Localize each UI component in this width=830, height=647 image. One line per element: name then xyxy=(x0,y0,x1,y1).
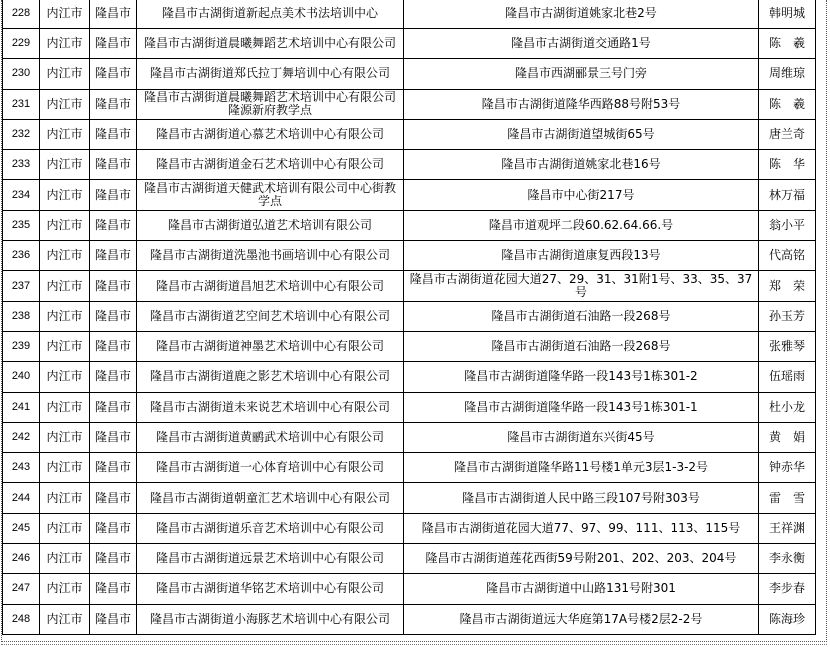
county: 隆昌市 xyxy=(95,218,131,232)
table-row: 242 内江市 隆昌市 隆昌市古湖街道黄鹂武术培训中心有限公司 隆昌市古湖街道东… xyxy=(3,422,816,452)
serial-number: 228 xyxy=(12,7,30,19)
contact-person: 李永衡 xyxy=(769,551,805,565)
address-cell[interactable]: 隆昌市古湖街道隆华路一段143号1栋301-2 xyxy=(404,362,759,392)
contact-person: 钟赤华 xyxy=(769,460,805,474)
address-cell[interactable]: 隆昌市古湖街道姚家北巷16号 xyxy=(404,150,759,180)
address-cell[interactable]: 隆昌市西湖郦景三号门旁 xyxy=(404,59,759,89)
county-cell[interactable]: 隆昌市 xyxy=(90,331,137,361)
table-row: 238 内江市 隆昌市 隆昌市古湖街道艺空间艺术培训中心有限公司 隆昌市古湖街道… xyxy=(3,301,816,331)
contact-person-cell[interactable]: 郑 荣 xyxy=(759,271,816,301)
contact-person-cell[interactable]: 林万福 xyxy=(759,180,816,210)
serial-number-cell[interactable]: 248 xyxy=(3,604,40,634)
address: 隆昌市古湖街道隆华路一段143号1栋301-1 xyxy=(464,400,697,414)
table-row: 248 内江市 隆昌市 隆昌市古湖街道小海豚艺术培训中心有限公司 隆昌市古湖街道… xyxy=(3,604,816,634)
serial-number-cell[interactable]: 228 xyxy=(3,0,40,29)
city-cell[interactable]: 内江市 xyxy=(40,483,90,513)
organization-cell[interactable]: 隆昌市古湖街道弘道艺术培训有限公司 xyxy=(137,210,404,240)
organization-cell[interactable]: 隆昌市古湖街道黄鹂武术培训中心有限公司 xyxy=(137,422,404,452)
serial-number-cell[interactable]: 234 xyxy=(3,180,40,210)
organization-name: 隆昌市古湖街道远景艺术培训中心有限公司 xyxy=(156,551,384,565)
table-row: 233 内江市 隆昌市 隆昌市古湖街道金石艺术培训中心有限公司 隆昌市古湖街道姚… xyxy=(3,150,816,180)
organization-cell[interactable]: 隆昌市古湖街道晨曦舞蹈艺术培训中心有限公司 xyxy=(137,29,404,59)
county: 隆昌市 xyxy=(95,36,131,50)
serial-number-cell[interactable]: 231 xyxy=(3,89,40,119)
contact-person: 王祥渊 xyxy=(769,521,805,535)
table-row: 246 内江市 隆昌市 隆昌市古湖街道远景艺术培训中心有限公司 隆昌市古湖街道莲… xyxy=(3,544,816,574)
city-cell[interactable]: 内江市 xyxy=(40,180,90,210)
serial-number: 248 xyxy=(12,613,30,625)
contact-person: 唐兰奇 xyxy=(769,127,805,141)
city: 内江市 xyxy=(46,581,82,595)
county: 隆昌市 xyxy=(95,581,131,595)
city: 内江市 xyxy=(46,97,82,111)
organization-name: 隆昌市古湖街道华铭艺术培训中心有限公司 xyxy=(156,581,384,595)
serial-number: 242 xyxy=(12,431,30,443)
organization-name: 隆昌市古湖街道乐音艺术培训中心有限公司 xyxy=(156,521,384,535)
address-cell[interactable]: 隆昌市古湖街道望城街65号 xyxy=(404,119,759,149)
organization-name: 隆昌市古湖街道晨曦舞蹈艺术培训中心有限公司 xyxy=(144,36,396,50)
contact-person-cell[interactable]: 翁小平 xyxy=(759,210,816,240)
county: 隆昌市 xyxy=(95,460,131,474)
serial-number: 231 xyxy=(12,98,30,110)
table-row: 244 内江市 隆昌市 隆昌市古湖街道朝童汇艺术培训中心有限公司 隆昌市古湖街道… xyxy=(3,483,816,513)
city-cell[interactable]: 内江市 xyxy=(40,513,90,543)
county: 隆昌市 xyxy=(95,400,131,414)
address: 隆昌市古湖街道康复西段13号 xyxy=(501,248,660,262)
county: 隆昌市 xyxy=(95,339,131,353)
address-cell[interactable]: 隆昌市古湖街道康复西段13号 xyxy=(404,241,759,271)
contact-person: 雷 雪 xyxy=(769,491,805,505)
organization-name: 隆昌市古湖街道鹿之影艺术培训中心有限公司 xyxy=(150,369,390,383)
county: 隆昌市 xyxy=(95,188,131,202)
serial-number: 233 xyxy=(12,158,30,170)
contact-person: 陈海珍 xyxy=(769,612,805,626)
table-row: 228 内江市 隆昌市 隆昌市古湖街道新起点美术书法培训中心 隆昌市古湖街道姚家… xyxy=(3,0,816,29)
contact-person-cell[interactable]: 韩明城 xyxy=(759,0,816,29)
contact-person-cell[interactable]: 李永衡 xyxy=(759,544,816,574)
serial-number-cell[interactable]: 229 xyxy=(3,29,40,59)
serial-number-cell[interactable]: 230 xyxy=(3,59,40,89)
organization-cell[interactable]: 隆昌市古湖街道昌旭艺术培训中心有限公司 xyxy=(137,271,404,301)
organization-name: 隆昌市古湖街道洗墨池书画培训中心有限公司 xyxy=(150,248,390,262)
organization-cell[interactable]: 隆昌市古湖街道朝童汇艺术培训中心有限公司 xyxy=(137,483,404,513)
county: 隆昌市 xyxy=(95,248,131,262)
contact-person: 陈 羲 xyxy=(769,97,805,111)
contact-person-cell[interactable]: 陈 羲 xyxy=(759,89,816,119)
organization-name: 隆昌市古湖街道小海豚艺术培训中心有限公司 xyxy=(150,612,390,626)
county-cell[interactable]: 隆昌市 xyxy=(90,483,137,513)
city-cell[interactable]: 内江市 xyxy=(40,29,90,59)
address-cell[interactable]: 隆昌市古湖街道隆华西路88号附53号 xyxy=(404,89,759,119)
organization-name: 隆昌市古湖街道弘道艺术培训有限公司 xyxy=(168,218,372,232)
address: 隆昌市古湖街道石油路一段268号 xyxy=(492,339,671,353)
city: 内江市 xyxy=(46,309,82,323)
contact-person: 伍瑶雨 xyxy=(769,369,805,383)
organization-cell[interactable]: 隆昌市古湖街道一心体育培训中心有限公司 xyxy=(137,453,404,483)
address: 隆昌市中心街217号 xyxy=(528,188,635,202)
organization-cell[interactable]: 隆昌市古湖街道鹿之影艺术培训中心有限公司 xyxy=(137,362,404,392)
contact-person: 翁小平 xyxy=(769,218,805,232)
spreadsheet-page: 228 内江市 隆昌市 隆昌市古湖街道新起点美术书法培训中心 隆昌市古湖街道姚家… xyxy=(0,0,830,647)
address-cell[interactable]: 隆昌市中心街217号 xyxy=(404,180,759,210)
city-cell[interactable]: 内江市 xyxy=(40,362,90,392)
city: 内江市 xyxy=(46,400,82,414)
address-cell[interactable]: 隆昌市古湖街道花园大道77、97、99、111、113、115号 xyxy=(404,513,759,543)
city: 内江市 xyxy=(46,36,82,50)
county: 隆昌市 xyxy=(95,279,131,293)
contact-person-cell[interactable]: 陈 华 xyxy=(759,150,816,180)
serial-number-cell[interactable]: 247 xyxy=(3,574,40,604)
city-cell[interactable]: 内江市 xyxy=(40,89,90,119)
serial-number-cell[interactable]: 235 xyxy=(3,210,40,240)
city: 内江市 xyxy=(46,218,82,232)
address: 隆昌市古湖街道东兴街45号 xyxy=(507,430,654,444)
organization-name: 隆昌市古湖街道黄鹂武术培训中心有限公司 xyxy=(156,430,384,444)
county-cell[interactable]: 隆昌市 xyxy=(90,59,137,89)
organization-cell[interactable]: 隆昌市古湖街道神墨艺术培训中心有限公司 xyxy=(137,331,404,361)
city: 内江市 xyxy=(46,279,82,293)
serial-number-cell[interactable]: 237 xyxy=(3,271,40,301)
organization-name: 隆昌市古湖街道郑氏拉丁舞培训中心有限公司 xyxy=(150,66,390,80)
organization-cell[interactable]: 隆昌市古湖街道乐音艺术培训中心有限公司 xyxy=(137,513,404,543)
serial-number-cell[interactable]: 245 xyxy=(3,513,40,543)
address-cell[interactable]: 隆昌市古湖街道人民中路三段107号附303号 xyxy=(404,483,759,513)
serial-number-cell[interactable]: 239 xyxy=(3,331,40,361)
serial-number: 245 xyxy=(12,522,30,534)
table-row: 230 内江市 隆昌市 隆昌市古湖街道郑氏拉丁舞培训中心有限公司 隆昌市西湖郦景… xyxy=(3,59,816,89)
table-row: 229 内江市 隆昌市 隆昌市古湖街道晨曦舞蹈艺术培训中心有限公司 隆昌市古湖街… xyxy=(3,29,816,59)
table-row: 243 内江市 隆昌市 隆昌市古湖街道一心体育培训中心有限公司 隆昌市古湖街道隆… xyxy=(3,453,816,483)
organization-name: 隆昌市古湖街道金石艺术培训中心有限公司 xyxy=(156,157,384,171)
county: 隆昌市 xyxy=(95,521,131,535)
county-cell[interactable]: 隆昌市 xyxy=(90,271,137,301)
county-cell[interactable]: 隆昌市 xyxy=(90,422,137,452)
table-row: 232 内江市 隆昌市 隆昌市古湖街道心慕艺术培训中心有限公司 隆昌市古湖街道望… xyxy=(3,119,816,149)
contact-person: 代高铭 xyxy=(769,248,805,262)
serial-number-cell[interactable]: 246 xyxy=(3,544,40,574)
serial-number: 246 xyxy=(12,552,30,564)
contact-person-cell[interactable]: 陈 羲 xyxy=(759,29,816,59)
address: 隆昌市古湖街道花园大道77、97、99、111、113、115号 xyxy=(422,521,741,535)
county: 隆昌市 xyxy=(95,430,131,444)
serial-number: 247 xyxy=(12,582,30,594)
organization-name: 隆昌市古湖街道昌旭艺术培训中心有限公司 xyxy=(156,279,384,293)
page-break-right xyxy=(826,0,827,642)
contact-person-cell[interactable]: 黄 娟 xyxy=(759,422,816,452)
organization-cell[interactable]: 隆昌市古湖街道未来说艺术培训中心有限公司 xyxy=(137,392,404,422)
city: 内江市 xyxy=(46,188,82,202)
organization-name: 隆昌市古湖街道艺空间艺术培训中心有限公司 xyxy=(150,309,390,323)
serial-number: 244 xyxy=(12,492,30,504)
city: 内江市 xyxy=(46,248,82,262)
address-cell[interactable]: 隆昌市古湖街道交通路1号 xyxy=(404,29,759,59)
city-cell[interactable]: 内江市 xyxy=(40,544,90,574)
organization-cell[interactable]: 隆昌市古湖街道心慕艺术培训中心有限公司 xyxy=(137,119,404,149)
city-cell[interactable]: 内江市 xyxy=(40,59,90,89)
contact-person-cell[interactable]: 雷 雪 xyxy=(759,483,816,513)
address: 隆昌市古湖街道隆华西路88号附53号 xyxy=(482,97,681,111)
table-row: 231 内江市 隆昌市 隆昌市古湖街道晨曦舞蹈艺术培训中心有限公司隆源新府教学点… xyxy=(3,89,816,119)
serial-number: 230 xyxy=(12,67,30,79)
page-break-bottom-secondary xyxy=(1,644,827,645)
organization-cell[interactable]: 隆昌市古湖街道华铭艺术培训中心有限公司 xyxy=(137,574,404,604)
city-cell[interactable]: 内江市 xyxy=(40,453,90,483)
contact-person-cell[interactable]: 张雅琴 xyxy=(759,331,816,361)
county-cell[interactable]: 隆昌市 xyxy=(90,544,137,574)
serial-number: 238 xyxy=(12,310,30,322)
county-cell[interactable]: 隆昌市 xyxy=(90,0,137,29)
city: 内江市 xyxy=(46,460,82,474)
serial-number: 234 xyxy=(12,189,30,201)
city-cell[interactable]: 内江市 xyxy=(40,392,90,422)
contact-person-cell[interactable]: 王祥渊 xyxy=(759,513,816,543)
table-row: 234 内江市 隆昌市 隆昌市古湖街道天健武术培训有限公司中心街教学点 隆昌市中… xyxy=(3,180,816,210)
address: 隆昌市古湖街道望城街65号 xyxy=(507,127,654,141)
address: 隆昌市古湖街道石油路一段268号 xyxy=(492,309,671,323)
county-cell[interactable]: 隆昌市 xyxy=(90,301,137,331)
address: 隆昌市古湖街道人民中路三段107号附303号 xyxy=(462,491,700,505)
county: 隆昌市 xyxy=(95,612,131,626)
city: 内江市 xyxy=(46,612,82,626)
serial-number: 240 xyxy=(12,370,30,382)
county: 隆昌市 xyxy=(95,6,131,20)
organization-cell[interactable]: 隆昌市古湖街道小海豚艺术培训中心有限公司 xyxy=(137,604,404,634)
city: 内江市 xyxy=(46,521,82,535)
county-cell[interactable]: 隆昌市 xyxy=(90,574,137,604)
county-cell[interactable]: 隆昌市 xyxy=(90,119,137,149)
serial-number: 239 xyxy=(12,340,30,352)
serial-number-cell[interactable]: 236 xyxy=(3,241,40,271)
serial-number-cell[interactable]: 232 xyxy=(3,119,40,149)
organization-name: 隆昌市古湖街道晨曦舞蹈艺术培训中心有限公司隆源新府教学点 xyxy=(144,90,396,117)
serial-number-cell[interactable]: 244 xyxy=(3,483,40,513)
city: 内江市 xyxy=(46,430,82,444)
training-institution-table: 228 内江市 隆昌市 隆昌市古湖街道新起点美术书法培训中心 隆昌市古湖街道姚家… xyxy=(2,0,816,635)
city-cell[interactable]: 内江市 xyxy=(40,241,90,271)
serial-number: 237 xyxy=(12,280,30,292)
contact-person: 陈 羲 xyxy=(769,36,805,50)
contact-person-cell[interactable]: 代高铭 xyxy=(759,241,816,271)
serial-number: 235 xyxy=(12,219,30,231)
organization-cell[interactable]: 隆昌市古湖街道郑氏拉丁舞培训中心有限公司 xyxy=(137,59,404,89)
city-cell[interactable]: 内江市 xyxy=(40,604,90,634)
organization-name: 隆昌市古湖街道天健武术培训有限公司中心街教学点 xyxy=(144,181,396,208)
contact-person-cell[interactable]: 杜小龙 xyxy=(759,392,816,422)
county-cell[interactable]: 隆昌市 xyxy=(90,210,137,240)
county-cell[interactable]: 隆昌市 xyxy=(90,392,137,422)
serial-number: 236 xyxy=(12,249,30,261)
table-row: 241 内江市 隆昌市 隆昌市古湖街道未来说艺术培训中心有限公司 隆昌市古湖街道… xyxy=(3,392,816,422)
serial-number-cell[interactable]: 238 xyxy=(3,301,40,331)
city-cell[interactable]: 内江市 xyxy=(40,0,90,29)
organization-name: 隆昌市古湖街道神墨艺术培训中心有限公司 xyxy=(156,339,384,353)
city-cell[interactable]: 内江市 xyxy=(40,210,90,240)
page-break-bottom xyxy=(1,641,827,642)
organization-name: 隆昌市古湖街道未来说艺术培训中心有限公司 xyxy=(150,400,390,414)
county-cell[interactable]: 隆昌市 xyxy=(90,180,137,210)
serial-number: 229 xyxy=(12,37,30,49)
table-row: 236 内江市 隆昌市 隆昌市古湖街道洗墨池书画培训中心有限公司 隆昌市古湖街道… xyxy=(3,241,816,271)
city: 内江市 xyxy=(46,157,82,171)
address: 隆昌市古湖街道姚家北巷16号 xyxy=(501,157,660,171)
city-cell[interactable]: 内江市 xyxy=(40,119,90,149)
contact-person-cell[interactable]: 伍瑶雨 xyxy=(759,362,816,392)
city: 内江市 xyxy=(46,369,82,383)
table-row: 247 内江市 隆昌市 隆昌市古湖街道华铭艺术培训中心有限公司 隆昌市古湖街道中… xyxy=(3,574,816,604)
address: 隆昌市西湖郦景三号门旁 xyxy=(515,66,647,80)
organization-name: 隆昌市古湖街道一心体育培训中心有限公司 xyxy=(156,460,384,474)
contact-person: 陈 华 xyxy=(769,157,805,171)
county-cell[interactable]: 隆昌市 xyxy=(90,29,137,59)
address-cell[interactable]: 隆昌市古湖街道姚家北巷2号 xyxy=(404,0,759,29)
city: 内江市 xyxy=(46,6,82,20)
county: 隆昌市 xyxy=(95,309,131,323)
county: 隆昌市 xyxy=(95,551,131,565)
city-cell[interactable]: 内江市 xyxy=(40,150,90,180)
contact-person: 李步春 xyxy=(769,581,805,595)
county-cell[interactable]: 隆昌市 xyxy=(90,150,137,180)
address: 隆昌市古湖街道远大华庭第17A号楼2层2-2号 xyxy=(460,612,703,626)
contact-person: 黄 娟 xyxy=(769,430,805,444)
address: 隆昌市古湖街道隆华路11号楼1单元3层1-3-2号 xyxy=(454,460,708,474)
contact-person: 张雅琴 xyxy=(769,339,805,353)
organization-name: 隆昌市古湖街道心慕艺术培训中心有限公司 xyxy=(156,127,384,141)
address: 隆昌市古湖街道交通路1号 xyxy=(511,36,651,50)
city: 内江市 xyxy=(46,66,82,80)
organization-cell[interactable]: 隆昌市古湖街道艺空间艺术培训中心有限公司 xyxy=(137,301,404,331)
county-cell[interactable]: 隆昌市 xyxy=(90,241,137,271)
serial-number: 232 xyxy=(12,128,30,140)
serial-number-cell[interactable]: 233 xyxy=(3,150,40,180)
contact-person: 郑 荣 xyxy=(769,279,805,293)
serial-number: 243 xyxy=(12,461,30,473)
city: 内江市 xyxy=(46,127,82,141)
table-row: 237 内江市 隆昌市 隆昌市古湖街道昌旭艺术培训中心有限公司 隆昌市古湖街道花… xyxy=(3,271,816,301)
address-cell[interactable]: 隆昌市古湖街道远大华庭第17A号楼2层2-2号 xyxy=(404,604,759,634)
city: 内江市 xyxy=(46,551,82,565)
contact-person: 林万福 xyxy=(769,188,805,202)
city: 内江市 xyxy=(46,491,82,505)
contact-person: 孙玉芳 xyxy=(769,309,805,323)
address: 隆昌市古湖街道莲花西街59号附201、202、203、204号 xyxy=(426,551,737,565)
city: 内江市 xyxy=(46,339,82,353)
address-cell[interactable]: 隆昌市古湖街道花园大道27、29、31、31附1号、33、35、37号 xyxy=(404,271,759,301)
serial-number: 241 xyxy=(12,401,30,413)
organization-name: 隆昌市古湖街道新起点美术书法培训中心 xyxy=(162,6,378,20)
address-cell[interactable]: 隆昌市古湖街道隆华路一段143号1栋301-1 xyxy=(404,392,759,422)
serial-number-cell[interactable]: 241 xyxy=(3,392,40,422)
county: 隆昌市 xyxy=(95,157,131,171)
county-cell[interactable]: 隆昌市 xyxy=(90,453,137,483)
city-cell[interactable]: 内江市 xyxy=(40,422,90,452)
table-row: 235 内江市 隆昌市 隆昌市古湖街道弘道艺术培训有限公司 隆昌市道观坪二段60… xyxy=(3,210,816,240)
table-row: 245 内江市 隆昌市 隆昌市古湖街道乐音艺术培训中心有限公司 隆昌市古湖街道花… xyxy=(3,513,816,543)
contact-person: 周维琼 xyxy=(769,66,805,80)
organization-name: 隆昌市古湖街道朝童汇艺术培训中心有限公司 xyxy=(150,491,390,505)
address-cell[interactable]: 隆昌市古湖街道石油路一段268号 xyxy=(404,301,759,331)
organization-cell[interactable]: 隆昌市古湖街道金石艺术培训中心有限公司 xyxy=(137,150,404,180)
county-cell[interactable]: 隆昌市 xyxy=(90,362,137,392)
county: 隆昌市 xyxy=(95,127,131,141)
contact-person-cell[interactable]: 钟赤华 xyxy=(759,453,816,483)
address-cell[interactable]: 隆昌市道观坪二段60.62.64.66.号 xyxy=(404,210,759,240)
organization-cell[interactable]: 隆昌市古湖街道新起点美术书法培训中心 xyxy=(137,0,404,29)
address-cell[interactable]: 隆昌市古湖街道隆华路11号楼1单元3层1-3-2号 xyxy=(404,453,759,483)
address-cell[interactable]: 隆昌市古湖街道石油路一段268号 xyxy=(404,331,759,361)
county-cell[interactable]: 隆昌市 xyxy=(90,89,137,119)
table-row: 240 内江市 隆昌市 隆昌市古湖街道鹿之影艺术培训中心有限公司 隆昌市古湖街道… xyxy=(3,362,816,392)
address: 隆昌市古湖街道姚家北巷2号 xyxy=(505,6,657,20)
city-cell[interactable]: 内江市 xyxy=(40,301,90,331)
contact-person-cell[interactable]: 孙玉芳 xyxy=(759,301,816,331)
contact-person-cell[interactable]: 周维琼 xyxy=(759,59,816,89)
address: 隆昌市道观坪二段60.62.64.66.号 xyxy=(489,218,673,232)
organization-cell[interactable]: 隆昌市古湖街道远景艺术培训中心有限公司 xyxy=(137,544,404,574)
contact-person-cell[interactable]: 陈海珍 xyxy=(759,604,816,634)
address: 隆昌市古湖街道隆华路一段143号1栋301-2 xyxy=(464,369,697,383)
address-cell[interactable]: 隆昌市古湖街道莲花西街59号附201、202、203、204号 xyxy=(404,544,759,574)
county: 隆昌市 xyxy=(95,369,131,383)
table-row: 239 内江市 隆昌市 隆昌市古湖街道神墨艺术培训中心有限公司 隆昌市古湖街道石… xyxy=(3,331,816,361)
county: 隆昌市 xyxy=(95,66,131,80)
contact-person: 杜小龙 xyxy=(769,400,805,414)
address: 隆昌市古湖街道花园大道27、29、31、31附1号、33、35、37号 xyxy=(410,272,753,299)
county: 隆昌市 xyxy=(95,97,131,111)
address: 隆昌市古湖街道中山路131号附301 xyxy=(486,581,676,595)
serial-number-cell[interactable]: 242 xyxy=(3,422,40,452)
city-cell[interactable]: 内江市 xyxy=(40,574,90,604)
county: 隆昌市 xyxy=(95,491,131,505)
address-cell[interactable]: 隆昌市古湖街道中山路131号附301 xyxy=(404,574,759,604)
organization-cell[interactable]: 隆昌市古湖街道洗墨池书画培训中心有限公司 xyxy=(137,241,404,271)
city-cell[interactable]: 内江市 xyxy=(40,271,90,301)
serial-number-cell[interactable]: 240 xyxy=(3,362,40,392)
county-cell[interactable]: 隆昌市 xyxy=(90,513,137,543)
address-cell[interactable]: 隆昌市古湖街道东兴街45号 xyxy=(404,422,759,452)
county-cell[interactable]: 隆昌市 xyxy=(90,604,137,634)
contact-person: 韩明城 xyxy=(769,6,805,20)
contact-person-cell[interactable]: 李步春 xyxy=(759,574,816,604)
organization-cell[interactable]: 隆昌市古湖街道晨曦舞蹈艺术培训中心有限公司隆源新府教学点 xyxy=(137,89,404,119)
city-cell[interactable]: 内江市 xyxy=(40,331,90,361)
serial-number-cell[interactable]: 243 xyxy=(3,453,40,483)
contact-person-cell[interactable]: 唐兰奇 xyxy=(759,119,816,149)
organization-cell[interactable]: 隆昌市古湖街道天健武术培训有限公司中心街教学点 xyxy=(137,180,404,210)
